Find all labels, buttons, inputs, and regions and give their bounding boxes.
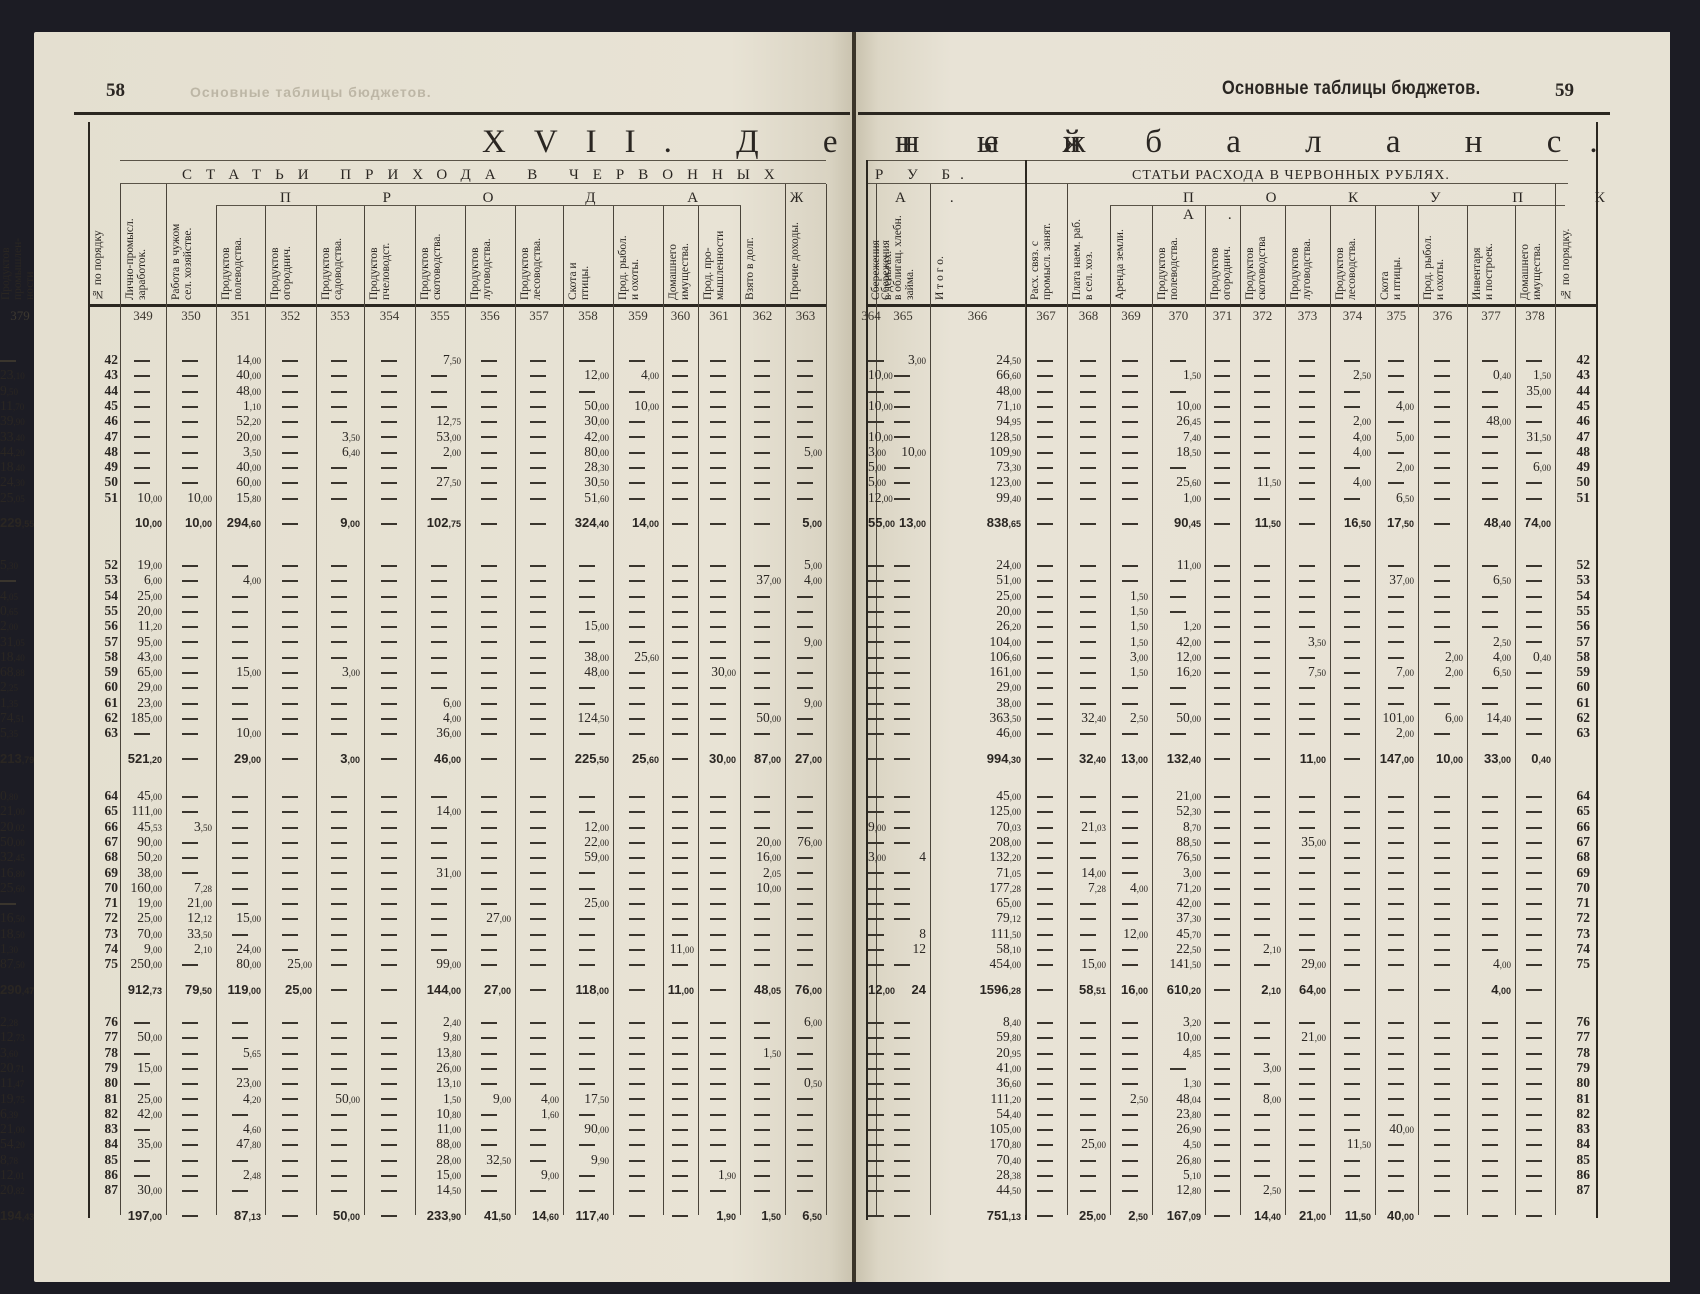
table-cell — [1027, 880, 1063, 895]
table-cell — [615, 383, 659, 398]
table-cell — [1287, 819, 1326, 834]
table-cell — [318, 490, 360, 505]
total-cell: 1,90 — [700, 1208, 736, 1225]
table-cell — [1027, 444, 1063, 459]
table-cell — [1377, 618, 1414, 633]
table-cell — [1287, 941, 1326, 956]
column-header: Продуктов промышлен- ности — [0, 190, 36, 300]
table-cell — [1069, 1060, 1106, 1075]
table-cell — [665, 725, 694, 740]
row-number-left: 66 — [94, 819, 118, 834]
table-cell — [700, 725, 736, 740]
table-cell — [1517, 352, 1551, 367]
row-number-right: 70 — [1566, 880, 1590, 895]
column-rule — [785, 184, 786, 1215]
table-cell — [565, 926, 609, 941]
table-cell — [665, 834, 694, 849]
table-cell — [700, 634, 736, 649]
column-number: 379 — [0, 308, 40, 324]
table-cell — [1112, 725, 1148, 740]
table-cell — [1069, 695, 1106, 710]
table-cell — [1377, 1167, 1414, 1182]
table-cell — [1069, 679, 1106, 694]
table-cell — [787, 895, 822, 910]
table-cell — [1469, 880, 1511, 895]
table-cell — [1332, 926, 1371, 941]
table-cell — [1069, 398, 1106, 413]
total-cell — [665, 751, 694, 766]
total-cell — [1420, 515, 1463, 530]
table-cell — [742, 490, 781, 505]
table-cell — [1287, 352, 1326, 367]
table-cell — [318, 910, 360, 925]
table-cell — [1420, 1029, 1463, 1044]
table-cell — [168, 1152, 212, 1167]
table-cell — [878, 429, 926, 444]
table-cell: 2,50 — [1242, 1182, 1281, 1199]
table-cell — [267, 1014, 312, 1029]
table-cell — [1332, 1106, 1371, 1121]
table-cell — [1420, 1014, 1463, 1029]
table-cell — [1517, 588, 1551, 603]
table-cell — [1207, 1106, 1236, 1121]
table-cell — [318, 926, 360, 941]
table-cell — [1207, 429, 1236, 444]
table-cell — [1242, 413, 1281, 428]
total-cell: 55,00 — [868, 515, 872, 532]
table-cell — [1287, 383, 1326, 398]
row-number-right: 83 — [1566, 1121, 1590, 1136]
top-rule-left — [74, 112, 850, 115]
table-cell — [366, 834, 411, 849]
table-cell — [1112, 1136, 1148, 1151]
table-cell — [517, 1182, 559, 1197]
table-cell — [615, 710, 659, 725]
table-cell — [366, 459, 411, 474]
table-cell — [168, 352, 212, 367]
total-cell — [878, 1208, 926, 1223]
table-cell — [267, 1121, 312, 1136]
table-cell — [665, 1091, 694, 1106]
table-cell — [218, 603, 261, 618]
table-cell — [1207, 1091, 1236, 1106]
table-cell — [1420, 352, 1463, 367]
table-cell — [1112, 819, 1148, 834]
table-cell — [665, 1045, 694, 1060]
total-cell: 229,55 — [0, 515, 34, 532]
table-cell — [1287, 618, 1326, 633]
table-cell — [565, 941, 609, 956]
table-cell — [318, 1167, 360, 1182]
table-cell — [517, 383, 559, 398]
table-cell — [1332, 588, 1371, 603]
table-cell — [517, 1075, 559, 1090]
table-cell — [1242, 695, 1281, 710]
table-cell — [1027, 956, 1063, 971]
table-cell — [700, 367, 736, 382]
table-cell — [1332, 849, 1371, 864]
table-cell — [1469, 618, 1511, 633]
table-cell — [700, 865, 736, 880]
column-rule — [465, 206, 466, 1215]
table-cell — [517, 834, 559, 849]
table-cell — [1242, 895, 1281, 910]
table-cell — [868, 895, 872, 910]
row-number-left: 76 — [94, 1014, 118, 1029]
column-number: 377 — [1471, 308, 1511, 324]
table-cell — [467, 1045, 511, 1060]
table-cell — [267, 572, 312, 587]
table-cell — [1420, 1091, 1463, 1106]
total-cell — [267, 751, 312, 766]
table-cell — [1287, 649, 1326, 664]
table-cell — [1207, 926, 1236, 941]
table-cell — [665, 679, 694, 694]
table-cell — [168, 664, 212, 679]
table-cell — [1420, 398, 1463, 413]
column-header: Аренда земли. — [1114, 210, 1148, 300]
table-cell — [1069, 1121, 1106, 1136]
total-cell — [517, 982, 559, 997]
total-cell — [1112, 515, 1148, 530]
column-header: Продуктов садоводства. — [320, 210, 360, 300]
column-rule — [1285, 206, 1286, 1215]
table-cell — [868, 941, 872, 956]
table-cell — [665, 895, 694, 910]
table-cell — [1420, 880, 1463, 895]
rule-under-title-right — [866, 160, 1568, 161]
table-cell — [1377, 383, 1414, 398]
table-cell — [1332, 803, 1371, 818]
table-cell — [366, 618, 411, 633]
table-cell — [1469, 1029, 1511, 1044]
table-cell — [700, 880, 736, 895]
table-cell — [1027, 1029, 1063, 1044]
total-cell: 751,13 — [932, 1208, 1021, 1225]
table-cell — [1469, 865, 1511, 880]
table-cell — [615, 834, 659, 849]
table-cell — [122, 725, 162, 740]
table-cell — [868, 788, 872, 803]
table-cell — [1154, 1060, 1201, 1075]
table-cell — [517, 865, 559, 880]
row-number-right: 48 — [1566, 444, 1590, 459]
table-cell — [218, 926, 261, 941]
table-cell — [1207, 956, 1236, 971]
table-cell — [615, 618, 659, 633]
table-cell — [517, 572, 559, 587]
table-cell — [122, 352, 162, 367]
table-cell — [517, 926, 559, 941]
table-cell — [366, 367, 411, 382]
table-cell — [615, 956, 659, 971]
total-cell — [1027, 515, 1063, 530]
table-cell — [1027, 413, 1063, 428]
total-cell — [1332, 751, 1371, 766]
table-cell — [467, 679, 511, 694]
table-cell — [1332, 572, 1371, 587]
table-cell — [1112, 459, 1148, 474]
table-cell — [700, 803, 736, 818]
table-cell — [318, 1060, 360, 1075]
table-cell — [1207, 398, 1236, 413]
table-cell — [615, 1060, 659, 1075]
table-cell — [1207, 1167, 1236, 1182]
table-cell — [267, 710, 312, 725]
column-rule — [876, 184, 877, 1215]
table-cell — [168, 1029, 212, 1044]
table-cell — [1420, 444, 1463, 459]
table-cell — [1332, 1060, 1371, 1075]
table-cell — [1420, 1075, 1463, 1090]
table-cell — [218, 710, 261, 725]
total-cell: 74,00 — [1517, 515, 1551, 532]
table-cell — [1112, 413, 1148, 428]
table-cell — [0, 572, 16, 587]
table-cell — [787, 1182, 822, 1197]
table-cell — [366, 413, 411, 428]
table-cell — [1069, 603, 1106, 618]
column-number: 366 — [958, 308, 998, 324]
table-cell — [1069, 459, 1106, 474]
table-cell — [467, 941, 511, 956]
table-cell — [1069, 572, 1106, 587]
column-rule — [265, 206, 266, 1215]
table-cell — [1517, 910, 1551, 925]
table-cell — [168, 956, 212, 971]
table-cell — [1287, 588, 1326, 603]
total-cell: 46,00 — [417, 751, 461, 768]
total-cell — [168, 1208, 212, 1223]
table-cell: 80,00 — [218, 956, 261, 973]
table-cell — [1420, 490, 1463, 505]
table-cell — [1027, 1075, 1063, 1090]
table-cell — [1069, 588, 1106, 603]
column-rule — [216, 206, 217, 1215]
table-cell — [742, 459, 781, 474]
table-cell — [1207, 1060, 1236, 1075]
table-cell — [868, 695, 872, 710]
table-cell — [615, 1121, 659, 1136]
table-cell — [517, 474, 559, 489]
table-cell — [868, 1060, 872, 1075]
table-cell — [168, 444, 212, 459]
table-cell — [878, 803, 926, 818]
table-cell — [878, 634, 926, 649]
table-cell — [787, 603, 822, 618]
table-cell — [787, 398, 822, 413]
table-cell — [1154, 588, 1201, 603]
table-cell — [1420, 1045, 1463, 1060]
table-cell — [417, 618, 461, 633]
table-cell — [1069, 1152, 1106, 1167]
column-header: Инвентаря и построек. — [1471, 210, 1511, 300]
table-cell — [366, 603, 411, 618]
total-cell: 16,50 — [1332, 515, 1371, 532]
total-cell: 521,20 — [122, 751, 162, 768]
table-cell — [318, 557, 360, 572]
table-cell — [1242, 444, 1281, 459]
table-cell — [878, 895, 926, 910]
table-cell: 51,60 — [565, 490, 609, 507]
table-cell — [1027, 557, 1063, 572]
table-cell — [1469, 429, 1511, 444]
table-cell — [878, 710, 926, 725]
row-number-left: 52 — [94, 557, 118, 572]
row-number-right: 66 — [1566, 819, 1590, 834]
total-cell: 25,00 — [1069, 1208, 1106, 1225]
table-cell — [1207, 572, 1236, 587]
column-header: Домашнего имущества. — [667, 210, 694, 300]
column-rule — [166, 184, 167, 1215]
table-cell — [467, 1121, 511, 1136]
total-cell: 117,40 — [565, 1208, 609, 1225]
table-cell — [615, 1136, 659, 1151]
column-header: Домашнего имущества. — [1519, 210, 1551, 300]
table-cell — [1154, 603, 1201, 618]
table-cell — [417, 367, 461, 382]
table-cell — [1027, 634, 1063, 649]
table-cell — [742, 695, 781, 710]
row-number-right: 86 — [1566, 1167, 1590, 1182]
table-cell — [1069, 941, 1106, 956]
table-cell — [615, 1167, 659, 1182]
table-cell — [665, 444, 694, 459]
table-cell — [1469, 788, 1511, 803]
table-cell — [1154, 572, 1201, 587]
total-cell: 30,00 — [700, 751, 736, 768]
table-cell — [366, 849, 411, 864]
table-cell — [267, 413, 312, 428]
table-cell — [665, 1136, 694, 1151]
table-cell — [366, 956, 411, 971]
table-cell — [1069, 910, 1106, 925]
table-cell — [218, 1106, 261, 1121]
table-cell — [1469, 459, 1511, 474]
table-cell — [168, 1060, 212, 1075]
table-cell: 454,00 — [932, 956, 1021, 973]
total-cell: 10,00 — [122, 515, 162, 532]
table-cell — [1242, 1152, 1281, 1167]
table-cell — [615, 474, 659, 489]
table-cell — [517, 618, 559, 633]
column-rule — [1110, 206, 1111, 1215]
table-cell — [267, 352, 312, 367]
table-cell — [878, 618, 926, 633]
table-cell — [700, 413, 736, 428]
table-cell — [1287, 1121, 1326, 1136]
table-cell — [868, 557, 872, 572]
table-cell — [1469, 910, 1511, 925]
table-cell — [615, 444, 659, 459]
table-cell — [1112, 803, 1148, 818]
table-cell — [1242, 865, 1281, 880]
table-cell — [1377, 367, 1414, 382]
table-cell — [218, 1152, 261, 1167]
table-cell — [787, 788, 822, 803]
table-cell — [565, 880, 609, 895]
table-cell — [366, 634, 411, 649]
table-cell — [366, 444, 411, 459]
table-cell — [218, 880, 261, 895]
total-cell — [1517, 982, 1551, 997]
table-cell — [517, 679, 559, 694]
table-cell — [742, 383, 781, 398]
table-cell — [742, 1106, 781, 1121]
column-rule — [740, 206, 741, 1215]
column-rule — [613, 206, 614, 1215]
table-cell — [1332, 710, 1371, 725]
table-cell — [1027, 865, 1063, 880]
table-cell — [366, 895, 411, 910]
table-cell — [700, 819, 736, 834]
table-cell — [267, 1045, 312, 1060]
table-cell — [878, 1075, 926, 1090]
table-cell — [218, 865, 261, 880]
table-cell — [1027, 941, 1063, 956]
row-number-left: 71 — [94, 895, 118, 910]
table-cell — [1207, 880, 1236, 895]
table-cell — [417, 880, 461, 895]
column-rule — [1205, 206, 1206, 1215]
table-cell — [218, 1014, 261, 1029]
table-cell — [267, 367, 312, 382]
table-cell — [1154, 383, 1201, 398]
table-cell — [517, 910, 559, 925]
page-number-left: 58 — [106, 80, 125, 102]
table-cell — [366, 1152, 411, 1167]
table-cell — [615, 695, 659, 710]
row-number-left: 59 — [94, 664, 118, 679]
table-cell — [318, 1014, 360, 1029]
column-rule — [316, 206, 317, 1215]
table-cell — [517, 941, 559, 956]
table-cell — [318, 956, 360, 971]
total-cell: 1,50 — [742, 1208, 781, 1225]
table-cell — [1027, 367, 1063, 382]
table-cell — [1027, 398, 1063, 413]
column-header: Прод. рыбол. и охоты. — [1422, 210, 1463, 300]
table-cell — [1377, 603, 1414, 618]
table-cell — [366, 352, 411, 367]
table-cell — [267, 557, 312, 572]
column-number: 361 — [699, 308, 739, 324]
table-cell — [1332, 819, 1371, 834]
column-number: 367 — [1026, 308, 1066, 324]
row-number-left: 78 — [94, 1045, 118, 1060]
table-cell — [517, 1029, 559, 1044]
table-cell — [467, 444, 511, 459]
total-cell — [665, 515, 694, 530]
table-cell — [742, 413, 781, 428]
total-cell: 102,75 — [417, 515, 461, 532]
table-cell — [1469, 1152, 1511, 1167]
table-cell — [467, 865, 511, 880]
table-cell — [267, 679, 312, 694]
table-cell — [1027, 1152, 1063, 1167]
table-cell — [1207, 352, 1236, 367]
table-cell — [168, 459, 212, 474]
table-cell — [1242, 679, 1281, 694]
table-cell — [1207, 895, 1236, 910]
total-cell: 11,50 — [1242, 515, 1281, 532]
table-cell — [218, 1029, 261, 1044]
row-number-right: 59 — [1566, 664, 1590, 679]
table-cell — [1332, 490, 1371, 505]
table-cell — [318, 474, 360, 489]
table-cell — [1154, 725, 1201, 740]
table-cell — [417, 834, 461, 849]
